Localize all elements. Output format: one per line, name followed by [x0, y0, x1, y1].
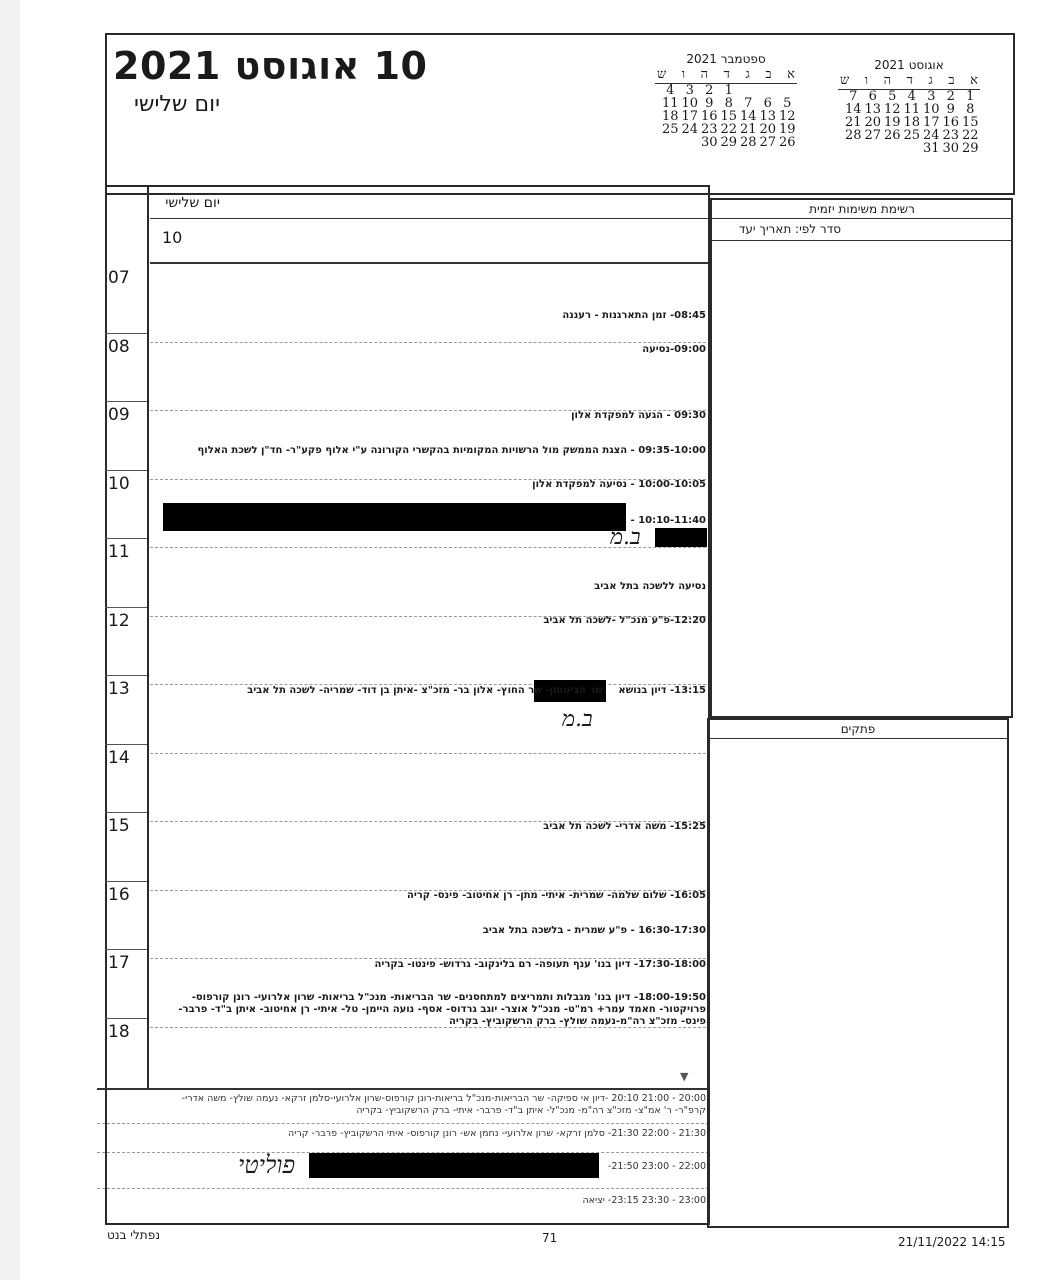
- evening-row-2130: 21:30 - 22:00 21:30- סלמן זרקא- שרון אלר…: [288, 1128, 706, 1139]
- hour-divider: [105, 675, 147, 676]
- event-1800: 18:00-19:50- דיון בנו' מגבלות ותמריצים ל…: [160, 992, 706, 1028]
- hour-divider: [105, 401, 147, 402]
- mini-calendar-title: אוגוסט 2021: [838, 58, 980, 72]
- footer-page-number: 71: [542, 1231, 557, 1245]
- hour-divider: [105, 812, 147, 813]
- calendar-day: 28: [844, 129, 864, 142]
- hour-divider: [105, 607, 147, 608]
- event-1315-start: 13:15- דיון בנושא: [618, 685, 706, 696]
- event-0930: 09:30 - הגעה למפקדת אלון: [571, 410, 706, 421]
- mini-calendar-september: ספטמבר 2021 אבגדהוש 12345678910111213141…: [655, 52, 797, 149]
- calendar-day: 26: [778, 136, 798, 149]
- weekday-letter: ו: [865, 72, 868, 88]
- weekday-letter: ה: [884, 72, 891, 88]
- hour-label: 10: [108, 474, 130, 494]
- weekday-letter: ד: [907, 72, 913, 88]
- hour-divider: [105, 744, 147, 745]
- event-0935: 09:35-10:00 - הצגת הממשק מול הרשויות המק…: [198, 445, 706, 456]
- weekday-letter: ד: [724, 66, 730, 82]
- event-0900: 09:00-נסיעה: [642, 344, 706, 355]
- divider: [97, 1123, 709, 1124]
- redaction-bar: [163, 503, 626, 531]
- event-1730: 17:30-18:00- דיון בנו' ענף תעופה- רם בלי…: [375, 959, 706, 970]
- day-column-number: 10: [162, 228, 182, 247]
- hour-label: 14: [108, 748, 130, 768]
- calendar-day: 26: [883, 129, 903, 142]
- calendar-day: 25: [661, 123, 681, 136]
- calendar-day: 25: [902, 129, 922, 142]
- weekday-letter: ג: [745, 66, 749, 82]
- weekday-letter: ב: [765, 66, 771, 82]
- calendar-day: [661, 136, 681, 149]
- notes-panel: [707, 718, 1009, 1228]
- hour-label: 08: [108, 337, 130, 357]
- calendar-day: 31: [922, 142, 942, 155]
- hour-gridline: [150, 342, 706, 343]
- divider: [709, 738, 1007, 739]
- weekday-letter: ש: [657, 66, 666, 82]
- mini-calendar-weekdays: אבגדהוש: [655, 66, 797, 84]
- weekday-letter: ב: [948, 72, 954, 88]
- calendar-day: 24: [680, 123, 700, 136]
- divider: [712, 218, 1012, 219]
- evening-row-2200: 22:00 - 23:00 21:50-: [608, 1161, 706, 1172]
- hour-divider: [105, 333, 147, 334]
- divider: [150, 218, 708, 219]
- mini-calendar-weekdays: אבגדהוש: [838, 72, 980, 90]
- event-1605: 16:05- שלום שלמה- שמרית- איתי- מתן- רן א…: [407, 890, 706, 901]
- calendar-day: 27: [863, 129, 883, 142]
- weekday-letter: ג: [928, 72, 932, 88]
- event-1525: 15:25- משה אדרי- לשכה תל אביב: [543, 821, 706, 832]
- evening-row-2300: 23:00 - 23:30 23:15- יציאה: [582, 1195, 706, 1206]
- event-1315-rest: שר הביטחון- שר החוץ- אלון בר- מזכ"צ -אית…: [165, 685, 603, 697]
- hour-label: 18: [108, 1022, 130, 1042]
- day-column-weekday: יום שלישי: [150, 195, 220, 211]
- event-1000: 10:00-10:05 - נסיעה למפקדת אלון: [532, 479, 706, 490]
- handwritten-initials: ב.מ: [562, 706, 593, 732]
- footer-owner: נפתלי בנט: [80, 1228, 160, 1242]
- mini-calendar-days: 1234567891011121314151617181920212223242…: [838, 90, 980, 155]
- event-1630: 16:30-17:30 - פ"ע שמרית - בלשכה בתל אביב: [483, 925, 706, 936]
- hour-divider: [105, 949, 147, 950]
- divider: [97, 1088, 709, 1090]
- hour-label: 16: [108, 885, 130, 905]
- calendar-day: [863, 142, 883, 155]
- redaction-bar: [309, 1153, 599, 1178]
- calendar-day: [902, 142, 922, 155]
- calendar-day: [844, 142, 864, 155]
- divider: [150, 262, 708, 264]
- hour-label: 12: [108, 611, 130, 631]
- weekday-letter: ו: [682, 66, 685, 82]
- tasks-panel-title: רשימת משימות יזמית: [712, 202, 1012, 216]
- calendar-day: [883, 142, 903, 155]
- filter-icon: ▼: [680, 1070, 688, 1083]
- footer-printed-at: 21/11/2022 14:15: [898, 1235, 1006, 1249]
- hour-label: 17: [108, 953, 130, 973]
- divider: [712, 240, 1012, 241]
- hour-label: 15: [108, 816, 130, 836]
- hour-label: 11: [108, 542, 130, 562]
- hour-divider: [105, 470, 147, 471]
- hour-label: 13: [108, 679, 130, 699]
- notes-panel-title: פתקים: [709, 722, 1007, 736]
- event-1010: 10:10-11:40 -: [631, 515, 706, 526]
- event-0845: 08:45- זמן התארגנות - רעננה: [562, 310, 706, 321]
- calendar-day: 30: [941, 142, 961, 155]
- hour-label: 07: [108, 268, 130, 288]
- date-title: 10 אוגוסט 2021: [113, 44, 443, 88]
- calendar-day: [680, 136, 700, 149]
- evening-row-2000: 20:00 - 21:00 20:10 -דיון אי ספיקה- שר ה…: [155, 1093, 706, 1117]
- hour-divider: [105, 538, 147, 539]
- event-1220: 12:20-פ"ע מנכ"ל -לשכה תל אביב: [543, 615, 706, 626]
- handwritten-initials: ב.מ: [610, 524, 641, 550]
- mini-calendar-august: אוגוסט 2021 אבגדהוש 12345678910111213141…: [838, 58, 980, 155]
- calendar-day: 27: [758, 136, 778, 149]
- calendar-day: 29: [719, 136, 739, 149]
- handwritten-note: פוליטי: [238, 1151, 295, 1180]
- divider: [97, 1188, 709, 1189]
- tasks-panel: [710, 198, 1013, 718]
- weekday-letter: א: [787, 66, 795, 82]
- calendar-week: 293031: [838, 142, 980, 155]
- weekday-title: יום שלישי: [108, 92, 220, 117]
- mini-calendar-title: ספטמבר 2021: [655, 52, 797, 66]
- hour-divider: [105, 881, 147, 882]
- mini-calendar-days: 1234567891011121314151617181920212223242…: [655, 84, 797, 149]
- tasks-sort-label: סדר לפי: תאריך יעד: [716, 222, 841, 236]
- event-travel-tlv: נסיעה ללשכה בתל אביב: [594, 581, 706, 592]
- hour-column-divider: [147, 185, 149, 1090]
- hour-divider: [105, 1018, 147, 1019]
- hour-label: 09: [108, 405, 130, 425]
- calendar-day: 28: [739, 136, 759, 149]
- calendar-day: 30: [700, 136, 720, 149]
- hour-gridline: [150, 753, 706, 754]
- calendar-week: 2627282930: [655, 136, 797, 149]
- weekday-letter: ה: [701, 66, 708, 82]
- weekday-letter: ש: [840, 72, 849, 88]
- redaction-bar: [655, 528, 707, 547]
- calendar-day: 29: [961, 142, 981, 155]
- weekday-letter: א: [970, 72, 978, 88]
